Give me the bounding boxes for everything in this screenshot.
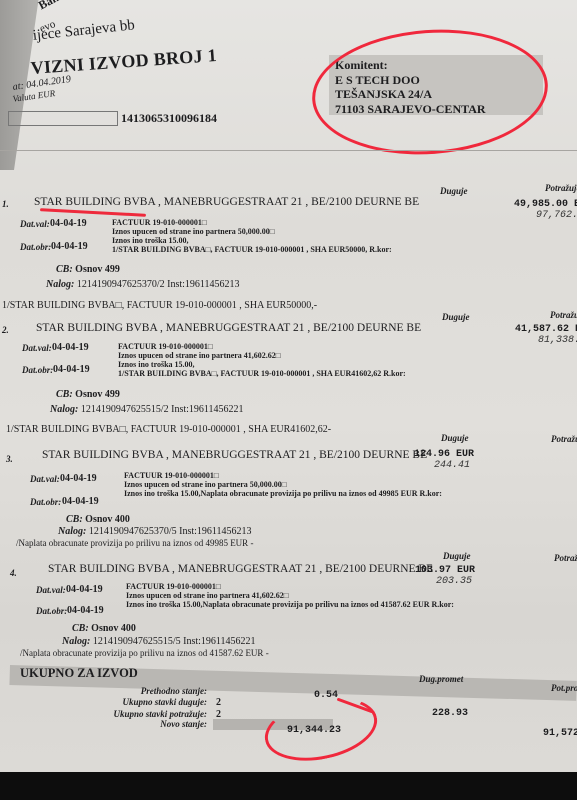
processing-date: 04-04-19 bbox=[62, 496, 99, 507]
transaction-partner: STAR BUILDING BVBA , MANEBRUGGESTRAAT 21… bbox=[34, 196, 419, 208]
order-label: Nalog: bbox=[58, 526, 86, 537]
transaction-details: FACTUUR 19-010-000001□ Iznos upucen od s… bbox=[118, 342, 406, 378]
statement-title: VIZNI IZVOD BROJ 1 bbox=[30, 45, 218, 79]
order-label: Nalog: bbox=[46, 279, 74, 290]
debit-amount: 103.97 EUR bbox=[415, 565, 475, 576]
credit-column-header: Potražuje bbox=[550, 310, 577, 320]
processing-date: 04-04-19 bbox=[51, 241, 88, 252]
debit-turnover-header: Dug.promet bbox=[419, 674, 463, 684]
transaction-number: 4. bbox=[10, 568, 17, 578]
divider bbox=[0, 150, 577, 151]
processing-date: 04-04-19 bbox=[53, 364, 90, 375]
order-label: Nalog: bbox=[62, 636, 90, 647]
transaction-description: 1/STAR BUILDING BVBA□, FACTUUR 19-010-00… bbox=[6, 424, 331, 435]
account-box bbox=[8, 111, 118, 126]
transaction-number: 2. bbox=[2, 325, 9, 335]
cb-value: Osnov 499 bbox=[75, 389, 120, 400]
transaction-partner: STAR BUILDING BVBA , MANEBRUGGESTRAAT 21… bbox=[42, 449, 427, 461]
credit-turnover: 91,572 bbox=[543, 728, 577, 739]
red-circle-annotation bbox=[259, 688, 383, 770]
debit-turnover: 228.93 bbox=[432, 708, 468, 719]
value-date: 04-04-19 bbox=[66, 584, 103, 595]
order-label: Nalog: bbox=[50, 404, 78, 415]
bank-name: Bank Inte bbox=[36, 0, 88, 13]
transaction-description: /Naplata obracunate provizija po prilivu… bbox=[16, 538, 253, 548]
transaction-details: FACTUUR 19-010-000001□ Iznos upucen od s… bbox=[112, 218, 392, 254]
credit-column-header: Potražuje bbox=[554, 553, 577, 563]
value-date-label: Dat.val: bbox=[30, 474, 60, 484]
total-debit-items: 2 bbox=[216, 697, 221, 708]
cb-label: CB: bbox=[56, 389, 73, 400]
processing-date-label: Dat.obr: bbox=[30, 497, 61, 507]
value-date-label: Dat.val: bbox=[22, 343, 52, 353]
transaction-number: 1. bbox=[2, 199, 9, 209]
processing-date-label: Dat.obr: bbox=[22, 365, 53, 375]
summary-title: UKUPNO ZA IZVOD bbox=[20, 666, 138, 681]
bank-statement-page: Bank Inte evo ijece Sarajeva bb VIZNI IZ… bbox=[0, 0, 577, 772]
red-underline-annotation bbox=[40, 208, 146, 217]
account-number: 1413065310096184 bbox=[121, 111, 217, 126]
running-balance: 81,338. bbox=[538, 335, 577, 346]
order-value: 1214190947625515/5 Inst:19611456221 bbox=[93, 636, 256, 647]
credit-column-header: Potražuje bbox=[545, 183, 577, 193]
red-circle-annotation bbox=[308, 22, 552, 162]
credit-amount: 49,985.00 EUR bbox=[514, 199, 577, 210]
transaction-details: FACTUUR 19-010-000001□ Iznos upucen od s… bbox=[124, 471, 442, 498]
value-date-label: Dat.val: bbox=[20, 219, 50, 229]
total-debit-items-label: Ukupno stavki duguje: bbox=[77, 697, 207, 707]
transaction-partner: STAR BUILDING BVBA , MANEBRUGGESTRAAT 21… bbox=[36, 322, 421, 334]
processing-date-label: Dat.obr: bbox=[36, 606, 67, 616]
transaction-description: 1/STAR BUILDING BVBA□, FACTUUR 19-010-00… bbox=[2, 300, 317, 311]
transaction-description: /Naplata obracunate provizija po prilivu… bbox=[20, 648, 269, 658]
cb-value: Osnov 400 bbox=[91, 623, 136, 634]
photo-bottom-edge bbox=[0, 772, 577, 800]
credit-column-header: Potražuje bbox=[551, 434, 577, 444]
order-value: 1214190947625370/5 Inst:19611456213 bbox=[89, 526, 252, 537]
debit-column-header: Duguje bbox=[441, 433, 469, 443]
debit-column-header: Duguje bbox=[440, 186, 468, 196]
debit-amount: 124.96 EUR bbox=[414, 449, 474, 460]
running-balance: 97,762.1 bbox=[536, 210, 577, 221]
transaction-details: FACTUUR 19-010-000001□ Iznos upucen od s… bbox=[126, 582, 454, 609]
debit-column-header: Duguje bbox=[443, 551, 471, 561]
debit-column-header: Duguje bbox=[442, 312, 470, 322]
credit-turnover-header: Pot.pro bbox=[551, 683, 577, 693]
order-value: 1214190947625515/2 Inst:19611456221 bbox=[81, 404, 244, 415]
value-date: 04-04-19 bbox=[60, 473, 97, 484]
order-value: 1214190947625370/2 Inst:19611456213 bbox=[77, 279, 240, 290]
transaction-number: 3. bbox=[6, 454, 13, 464]
value-date: 04-04-19 bbox=[52, 342, 89, 353]
total-credit-items-label: Ukupno stavki potražuje: bbox=[77, 709, 207, 719]
cb-label: CB: bbox=[66, 514, 83, 525]
value-date-label: Dat.val: bbox=[36, 585, 66, 595]
processing-date: 04-04-19 bbox=[67, 605, 104, 616]
previous-balance-label: Prethodno stanje: bbox=[77, 686, 207, 696]
credit-amount: 41,587.62 EUR bbox=[515, 324, 577, 335]
cb-label: CB: bbox=[56, 264, 73, 275]
running-balance: 244.41 bbox=[434, 460, 470, 471]
cb-value: Osnov 499 bbox=[75, 264, 120, 275]
transaction-partner: STAR BUILDING BVBA , MANEBRUGGESTRAAT 21… bbox=[48, 563, 433, 575]
cb-label: CB: bbox=[72, 623, 89, 634]
new-balance-label: Novo stanje: bbox=[77, 719, 207, 729]
processing-date-label: Dat.obr: bbox=[20, 242, 51, 252]
value-date: 04-04-19 bbox=[50, 218, 87, 229]
cb-value: Osnov 400 bbox=[85, 514, 130, 525]
